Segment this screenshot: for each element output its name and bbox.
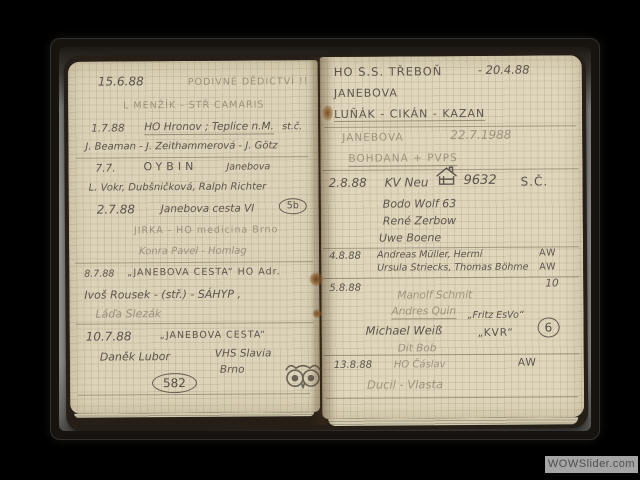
notebook-photo: 15.6.88 PODIVNÉ DĚDICTVÍ !! L MENŽÍK - S…	[59, 47, 591, 431]
date-header: 15.6.88	[98, 75, 144, 87]
entry-names: Ivoš Rousek - (stř.) - SÁHYP ,	[84, 289, 241, 301]
page-header: HO S.S. TŘEBOŇ	[334, 66, 443, 78]
owl-doodle-icon	[282, 360, 324, 396]
page-number-badge: 582	[152, 373, 197, 393]
entry-initials: AW	[518, 358, 537, 369]
entry-date: 13.8.88	[334, 361, 372, 371]
header-date: - 20.4.88	[478, 65, 530, 77]
entry-title: PODIVNÉ DĚDICTVÍ !!	[188, 77, 309, 87]
entry-date: 4.8.88	[329, 252, 361, 262]
entry-date: 8.7.88	[84, 269, 114, 279]
entry-names: Láďa Slezák	[95, 308, 161, 319]
entry-club: VHS Slavia	[215, 348, 272, 359]
entry-date: 2.7.88	[97, 203, 135, 215]
entry-names: JIRKA - HO medicina Brno	[134, 225, 279, 236]
left-page: 15.6.88 PODIVNÉ DĚDICTVÍ !! L MENŽÍK - S…	[68, 60, 320, 414]
entry-names: Manolf Schmit	[397, 290, 472, 301]
hut-icon	[434, 166, 458, 186]
entry-names: René Zerbow	[383, 215, 456, 227]
entry-date: 10.7.88	[86, 330, 132, 342]
entry-initials: AW	[539, 262, 556, 272]
notebook: 15.6.88 PODIVNÉ DĚDICTVÍ !! L MENŽÍK - S…	[68, 55, 587, 427]
entry-names: Ducil - Vlasta	[367, 379, 443, 391]
entry-note: st.č.	[282, 122, 302, 132]
entry-text: BOHDANA + PVPS	[348, 153, 457, 166]
entry-place: OYBIN	[143, 161, 197, 172]
photo-frame: 15.6.88 PODIVNÉ DĚDICTVÍ !! L MENŽÍK - S…	[50, 38, 600, 440]
entry-quote: „KVR“	[478, 328, 514, 339]
entry-date: 7.7.	[95, 163, 115, 174]
entry-text: „JANEBOVA CESTA“	[160, 330, 266, 340]
entry-text: Janebova cesta VI	[161, 204, 255, 215]
circled-number-badge: 6	[538, 317, 560, 337]
entry-date: 2.8.88	[329, 177, 367, 189]
grade-badge: 5b	[279, 198, 307, 214]
entry-initials: S.Č.	[521, 175, 549, 187]
entry-text: JANEBOVA	[342, 132, 403, 143]
entry-note: 10	[545, 278, 558, 289]
entry-text: JANEBOVA	[334, 88, 398, 99]
slider-stage: 15.6.88 PODIVNÉ DĚDICTVÍ !! L MENŽÍK - S…	[0, 0, 640, 480]
entry-city: Brno	[220, 365, 245, 376]
entry-names: Andres Quin	[391, 306, 456, 319]
entry-names: Dit Bob	[398, 343, 437, 354]
entry-text: „JANEBOVA CESTA“ HO Adr.	[127, 267, 281, 278]
entry-date: 1.7.88	[91, 123, 124, 134]
entry-names: Michael Weiß	[366, 325, 443, 337]
entry-quote: „Fritz EsVo“	[467, 311, 523, 321]
entry-names: Bodo Wolf 63	[383, 198, 457, 210]
entry-names: L. Vokr, Dubšničková, Ralph Richter	[89, 182, 267, 193]
entry-date: 22.7.1988	[450, 129, 511, 141]
entry-names: Konra Pavel - Homlag	[139, 247, 247, 258]
entry-text: HO Čáslav	[394, 360, 446, 370]
entry-names: Ursula Striecks, Thomas Böhme	[377, 263, 528, 274]
entry-names: Uwe Boene	[379, 232, 441, 243]
entry-names: J. Beaman - J. Zeithammerová - J. Götz	[85, 141, 277, 152]
right-page: HO S.S. TŘEBOŇ - 20.4.88 JANEBOVA LUŇÁK …	[320, 55, 585, 419]
entry-subtitle: L MENŽÍK - STŘ CAMARIS	[123, 100, 264, 110]
entry-names: Daněk Lubor	[100, 351, 170, 362]
entry-date: 5.8.88	[329, 284, 361, 294]
entry-names: Andreas Müller, Hermí	[377, 250, 482, 260]
entry-initials: AW	[539, 248, 556, 258]
entry-note: Janebova	[226, 162, 270, 172]
entry-text: LUŇÁK - CIKÁN - KAZAN	[334, 108, 485, 122]
entry-number: 9632	[464, 174, 497, 187]
entry-text: KV Neu	[385, 176, 429, 188]
entry-text: HO Hronov ; Teplice n.M.	[144, 121, 274, 134]
wowslider-watermark[interactable]: WOWSlider.com	[545, 456, 638, 473]
